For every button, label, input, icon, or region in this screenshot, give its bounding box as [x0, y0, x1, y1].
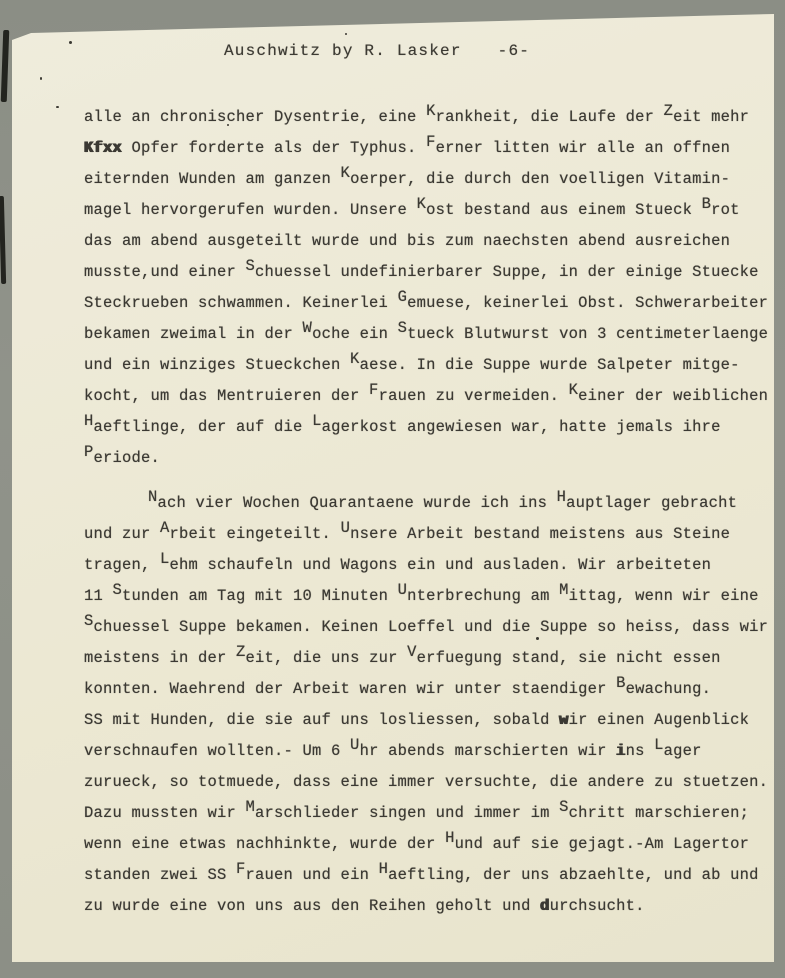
paragraph: Nach vier Wochen Quarantaene wurde ich i…: [84, 488, 774, 922]
raised-capital: L: [160, 550, 170, 568]
raised-capital: F: [236, 860, 246, 878]
text-line: und ein winziges Stueckchen Kaese. In di…: [84, 350, 774, 381]
raised-capital: Z: [236, 643, 246, 661]
text-line: wenn eine etwas nachhinkte, wurde der Hu…: [84, 829, 774, 860]
scan-edge-crack: [0, 196, 6, 284]
paper-speck: [40, 77, 42, 80]
raised-capital: S: [84, 612, 94, 630]
paper-speck: [56, 106, 59, 108]
text-line: konnten. Waehrend der Arbeit waren wir u…: [84, 674, 774, 705]
raised-capital: S: [246, 257, 256, 275]
raised-capital: S: [559, 798, 569, 816]
raised-capital: H: [445, 829, 455, 847]
text-line: eiternden Wunden am ganzen Koerper, die …: [84, 164, 774, 195]
raised-capital: B: [702, 195, 712, 213]
text-line: bekamen zweimal in der Woche ein Stueck …: [84, 319, 774, 350]
raised-capital: S: [398, 319, 408, 337]
text-line: Steckrueben schwammen. Keinerlei Gemuese…: [84, 288, 774, 319]
text-line: 11 Stunden am Tag mit 10 Minuten Unterbr…: [84, 581, 774, 612]
overstruck-text: d: [540, 897, 550, 915]
raised-capital: U: [398, 581, 408, 599]
document-body: alle an chronischer Dysentrie, eine Kran…: [84, 102, 774, 922]
scan-background: Auschwitz by R. Lasker -6- alle an chron…: [0, 0, 785, 978]
paper-speck: [345, 33, 347, 35]
raised-capital: M: [246, 798, 256, 816]
raised-capital: H: [379, 860, 389, 878]
scan-edge-crack: [1, 30, 10, 102]
raised-capital: K: [350, 350, 360, 368]
text-line: Schuessel Suppe bekamen. Keinen Loeffel …: [84, 612, 774, 643]
raised-capital: W: [303, 319, 313, 337]
text-line: standen zwei SS Frauen und ein Haeftling…: [84, 860, 774, 891]
document-page: Auschwitz by R. Lasker -6- alle an chron…: [12, 6, 774, 962]
raised-capital: H: [557, 488, 567, 506]
text-line: und zur Arbeit eingeteilt. Unsere Arbeit…: [84, 519, 774, 550]
raised-capital: L: [312, 412, 322, 430]
raised-capital: K: [569, 381, 579, 399]
text-line: Periode.: [84, 443, 774, 474]
text-line: Kfxx Opfer forderte als der Typhus. Fern…: [84, 133, 774, 164]
raised-capital: V: [407, 643, 417, 661]
paragraph: alle an chronischer Dysentrie, eine Kran…: [84, 102, 774, 474]
raised-capital: H: [84, 412, 94, 430]
text-line: Nach vier Wochen Quarantaene wurde ich i…: [84, 488, 774, 519]
raised-capital: B: [616, 674, 626, 692]
text-line: kocht, um das Mentruieren der Frauen zu …: [84, 381, 774, 412]
text-line: musste,und einer Schuessel undefinierbar…: [84, 257, 774, 288]
raised-capital: K: [417, 195, 427, 213]
page-title: Auschwitz by R. Lasker: [224, 42, 462, 60]
overstruck-text: w: [559, 711, 569, 729]
raised-capital: K: [341, 164, 351, 182]
raised-capital: U: [350, 736, 360, 754]
overstruck-text: i: [616, 742, 626, 760]
raised-capital: K: [426, 102, 436, 120]
text-line: das am abend ausgeteilt wurde und bis zu…: [84, 226, 774, 257]
raised-capital: F: [369, 381, 379, 399]
text-line: zu wurde eine von uns aus den Reihen geh…: [84, 891, 774, 922]
raised-capital: P: [84, 443, 94, 461]
raised-capital: F: [426, 133, 436, 151]
raised-capital: G: [398, 288, 408, 306]
page-header: Auschwitz by R. Lasker -6-: [224, 42, 530, 60]
raised-capital: N: [148, 488, 158, 506]
text-line: Haeftlinge, der auf die Lagerkost angewi…: [84, 412, 774, 443]
text-line: Dazu mussten wir Marschlieder singen und…: [84, 798, 774, 829]
text-line: alle an chronischer Dysentrie, eine Kran…: [84, 102, 774, 133]
raised-capital: Z: [664, 102, 674, 120]
text-line: verschnaufen wollten.- Um 6 Uhr abends m…: [84, 736, 774, 767]
text-line: meistens in der Zeit, die uns zur Verfue…: [84, 643, 774, 674]
text-line: zurueck, so totmuede, dass eine immer ve…: [84, 767, 774, 798]
raised-capital: S: [113, 581, 123, 599]
paper-speck: [69, 41, 72, 44]
overstruck-text: Kfxx: [84, 139, 122, 157]
page-number: -6-: [498, 42, 530, 60]
text-line: tragen, Lehm schaufeln und Wagons ein un…: [84, 550, 774, 581]
raised-capital: A: [160, 519, 170, 537]
text-line: magel hervorgerufen wurden. Unsere Kost …: [84, 195, 774, 226]
text-line: SS mit Hunden, die sie auf uns losliesse…: [84, 705, 774, 736]
raised-capital: L: [654, 736, 664, 754]
raised-capital: U: [341, 519, 351, 537]
raised-capital: M: [559, 581, 569, 599]
